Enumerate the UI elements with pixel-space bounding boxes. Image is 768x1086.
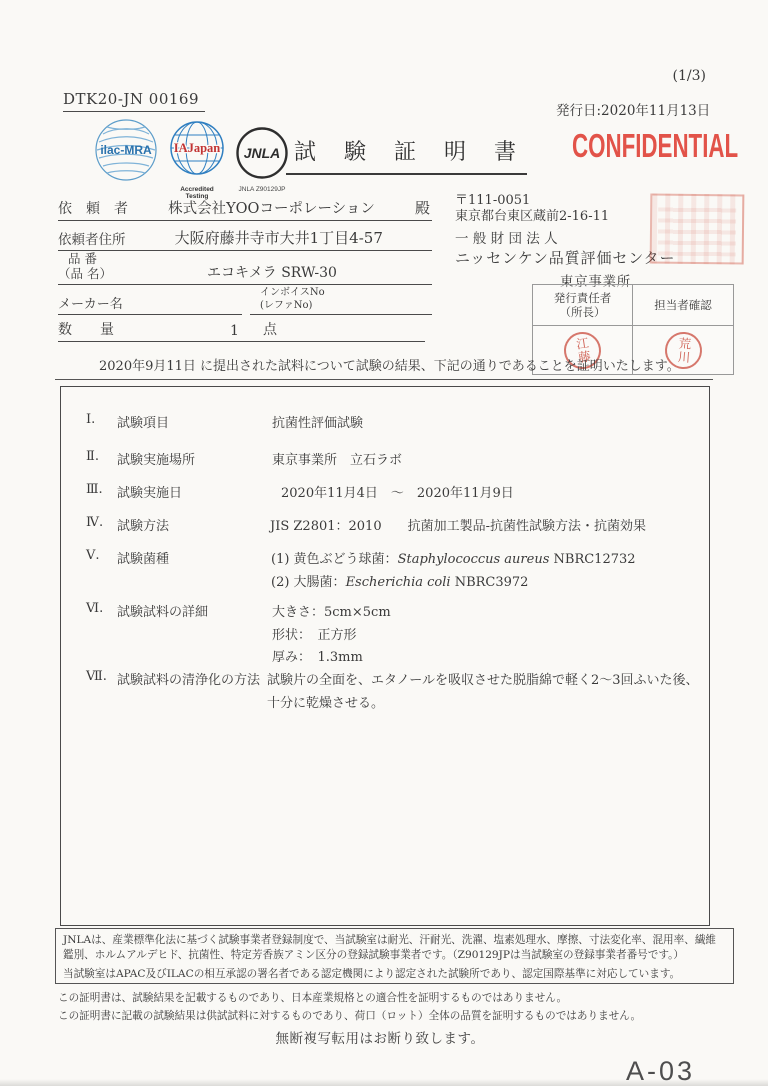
maker-label: メーカー名 (58, 293, 123, 312)
item-1-label: 試験項目 (117, 412, 169, 431)
ilac-mra-logo-icon: ilac-MRA (93, 117, 159, 183)
jnla-note-2: 当試験室はAPAC及びILACの相互承認の署名者である認定機関により認定された試… (63, 967, 726, 982)
cleaning-method-line-1: 試験片の全面を、エタノールを吸収させた脱脂綿で軽く2～3回ふいた後、 (267, 669, 699, 688)
item-3-numeral: Ⅲ. (86, 482, 103, 497)
invoice-label: インボイスNo (レファNo) (260, 286, 325, 312)
honorific: 殿 (415, 197, 432, 218)
item-number-label: 品 番 （品 名） (58, 251, 112, 282)
certificate-page: (1/3) DTK20-JN 00169 発行日:2020年11月13日 試 験… (0, 0, 768, 1086)
item-number-row: 品 番 （品 名） エコキメラ SRW-30 (58, 252, 432, 285)
person-in-charge-header: 担当者確認 (633, 285, 733, 325)
specimen-thickness: 厚み： 1.3mm (272, 646, 363, 665)
page-number: (1/3) (673, 68, 706, 84)
quantity-value: 1 (230, 323, 239, 339)
svg-text:JNLA: JNLA (244, 145, 281, 161)
requester-address-label: 依頼者住所 (58, 228, 126, 248)
no-copy-notice: 無断複写転用はお断り致します。 (0, 1027, 760, 1047)
scan-edge-shadow (0, 1079, 768, 1086)
svg-text:IAJapan: IAJapan (174, 141, 221, 155)
iajapan-logo-icon: IAJapan Accredited Testing (165, 119, 229, 201)
item-5-label: 試験菌種 (117, 548, 169, 567)
item-6-label: 試験試料の詳細 (117, 601, 208, 620)
species-name-2: Escherichia coli (346, 575, 451, 590)
issuing-manager-header: 発行責任者 （所長） (533, 285, 633, 325)
requester-address-value: 大阪府藤井寺市大井1丁目4-57 (126, 227, 433, 248)
requester-label: 依 頼 者 (58, 198, 128, 218)
bacteria-line-1: (1) 黄色ぶどう球菌：Staphylococcus aureus NBRC12… (271, 548, 636, 567)
issuer-seal-stamp (650, 194, 745, 265)
cleaning-method-line-2: 十分に乾燥させる。 (267, 692, 384, 711)
issuer-address: 東京都台東区蔵前2-16-11 (455, 205, 609, 224)
maker-row: メーカー名 (58, 288, 242, 315)
certification-statement: 2020年9月11日 に提出された試料について試験の結果、下記の通りであることを… (55, 355, 713, 380)
item-3-label: 試験実施日 (117, 482, 182, 501)
item-4-value: JIS Z2801：2010 抗菌加工製品-抗菌性試験方法・抗菌効果 (270, 515, 646, 534)
disclaimer-note-1: この証明書は、試験結果を記載するものであり、日本産業規格との適合性を証明するもの… (58, 990, 567, 1005)
item-7-label: 試験試料の清浄化の方法 (117, 669, 260, 688)
item-7-numeral: Ⅶ. (86, 669, 107, 684)
item-4-numeral: Ⅳ. (86, 515, 103, 530)
specimen-size: 大きさ：5cm×5cm (272, 601, 391, 620)
jnla-logo-icon: JNLA JNLA Z90129JP (233, 126, 291, 193)
jnla-registration-label: JNLA Z90129JP (233, 186, 291, 193)
item-5-numeral: Ⅴ. (86, 548, 100, 563)
requester-row: 依 頼 者 株式会社YOOコーポレーション 殿 (58, 194, 432, 221)
item-2-value: 東京事業所 立石ラボ (272, 449, 402, 468)
item-2-label: 試験実施場所 (117, 449, 195, 468)
jnla-accreditation-note-box: JNLAは、産業標準化法に基づく試験事業者登録制度で、当試験室は耐光、汗耐光、洗… (55, 928, 734, 984)
requester-address-row: 依頼者住所 大阪府藤井寺市大井1丁目4-57 (58, 224, 432, 251)
requester-value: 株式会社YOOコーポレーション (128, 197, 415, 218)
quantity-unit: 点 (263, 319, 277, 339)
specimen-shape: 形状： 正方形 (272, 624, 357, 643)
species-name-1: Staphylococcus aureus (398, 552, 550, 567)
invoice-row: インボイスNo (レファNo) (250, 282, 432, 315)
item-3-value: 2020年11月4日 ～ 2020年11月9日 (281, 482, 514, 501)
item-4-label: 試験方法 (117, 515, 169, 534)
certificate-title: 試 験 証 明 書 (286, 135, 527, 175)
item-1-numeral: Ⅰ. (86, 412, 95, 427)
svg-text:ilac-MRA: ilac-MRA (100, 143, 152, 157)
quantity-row: 数 量 1 点 (58, 316, 425, 342)
issuer-org-name: ニッセンケン品質評価センター (455, 247, 675, 268)
issuer-org-type: 一般財団法人 (455, 227, 562, 247)
jnla-note-1: JNLAは、産業標準化法に基づく試験事業者登録制度で、当試験室は耐光、汗耐光、洗… (63, 933, 726, 963)
quantity-label: 数 量 (58, 319, 114, 339)
item-1-value: 抗菌性評価試験 (272, 412, 363, 431)
item-2-numeral: Ⅱ. (86, 449, 99, 464)
document-number: DTK20-JN 00169 (63, 90, 205, 112)
confidential-stamp: CONFIDENTIAL (572, 127, 738, 166)
item-number-value: エコキメラ SRW-30 (112, 262, 432, 282)
disclaimer-note-2: この証明書に記載の試験結果は供試試料に対するものであり、荷口（ロット）全体の品質… (58, 1008, 641, 1023)
bacteria-line-2: (2) 大腸菌：Escherichia coli NBRC3972 (271, 571, 528, 590)
issue-date: 発行日:2020年11月13日 (556, 99, 710, 119)
item-6-numeral: Ⅵ. (86, 601, 103, 616)
